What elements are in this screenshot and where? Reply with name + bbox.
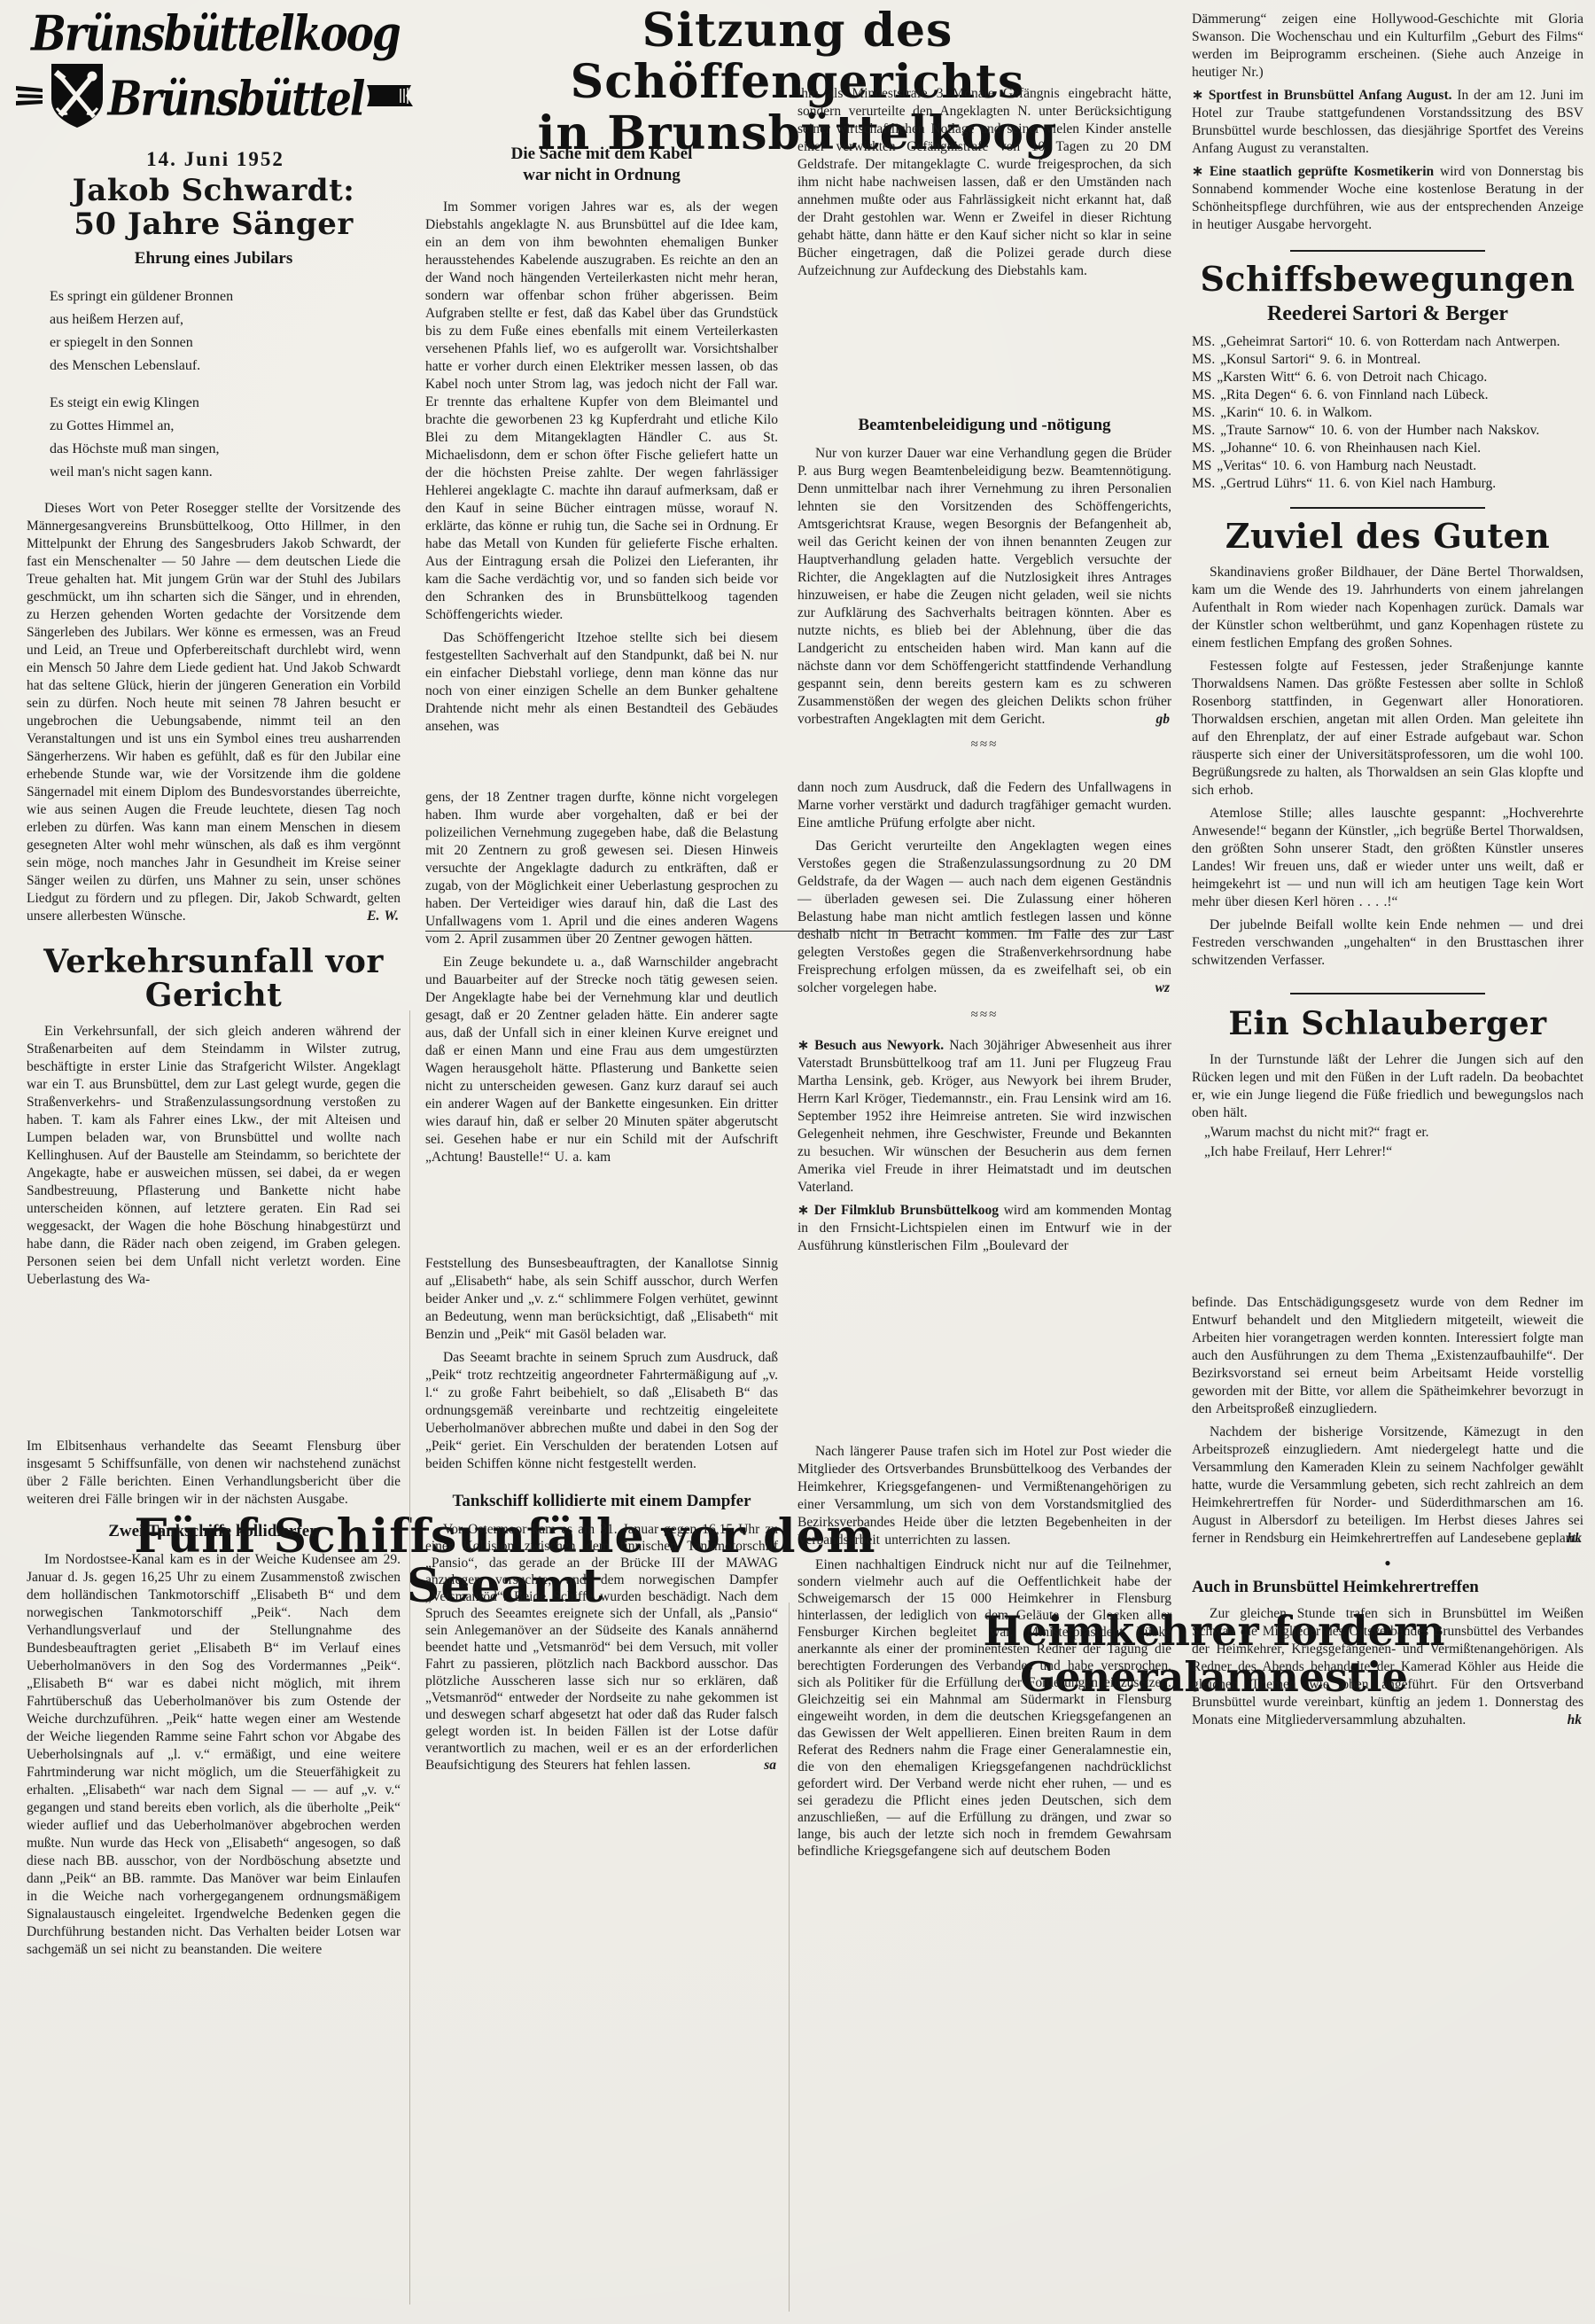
news-item-lead: Sportfest in Brunsbüttel Anfang August. [1209, 88, 1457, 103]
ship-movement-entry: MS „Veritas“ 10. 6. von Hamburg nach Neu… [1192, 457, 1583, 475]
column-rule [789, 1603, 790, 2312]
paragraph: Dämmerung“ zeigen eine Hollywood-Geschic… [1192, 11, 1583, 82]
masthead-title-line1: Brünsbüttelkoog [25, 9, 406, 60]
dialog-line: „Ich habe Freilauf, Herr Lehrer!“ [1192, 1143, 1583, 1161]
news-item: ∗ Sportfest in Brunsbüttel Anfang August… [1192, 87, 1583, 158]
author-initials: gb [1139, 711, 1171, 729]
masthead: Brünsbüttelkoog Brünsbüttel [25, 12, 406, 171]
news-item: ∗ Der Filmklub Brunsbüttelkoog wird am k… [797, 1202, 1171, 1255]
paragraph: Atemlose Stille; alles lauschte gespannt… [1192, 805, 1583, 911]
paragraph: Das Schöffengericht Itzehoe stellte sich… [425, 629, 778, 736]
paragraph: Vor Ostermoor kam es am 31. Januar gegen… [425, 1521, 778, 1774]
paragraph: Dieses Wort von Peter Rosegger stellte d… [27, 500, 401, 925]
paragraph: Das Seeamt brachte in seinem Spruch zum … [425, 1349, 778, 1473]
column-rule [409, 1010, 410, 2305]
author-initials: wz [1138, 979, 1170, 997]
paragraph: Zur gleichen Stunde trafen sich in Bruns… [1192, 1605, 1583, 1729]
paragraph: Der jubelnde Beifall wollte kein Ende ne… [1192, 916, 1583, 970]
ship-movement-entry: MS. „Konsul Sartori“ 9. 6. in Montreal. [1192, 351, 1583, 369]
sub-headline: Reederei Sartori & Berger [1192, 303, 1583, 324]
paragraph: Im Elbitsenhaus verhandelte das Seeamt F… [27, 1438, 401, 1509]
column-3: ihm als Mindeststrafe 3 Monate Gefängnis… [797, 85, 1171, 1860]
section-headline: Jakob Schwardt: 50 Jahre Sänger [27, 174, 401, 241]
sub-headline: Tankschiff kollidierte mit einem Dampfer [425, 1491, 778, 1512]
ship-movement-entry: MS. „Geheimrat Sartori“ 10. 6. von Rotte… [1192, 333, 1583, 351]
star-icon: ∗ [797, 1038, 814, 1053]
ship-movement-entry: MS. „Gertrud Lührs“ 11. 6. von Kiel nach… [1192, 475, 1583, 493]
rule-divider [1192, 250, 1583, 252]
issue-date: 14. Juni 1952 [25, 148, 406, 171]
author-initials: E. W. [349, 908, 399, 925]
rule-divider [1290, 507, 1485, 509]
sub-headline: Ehrung eines Jubilars [27, 248, 401, 269]
star-icon: ∗ [797, 1203, 814, 1218]
sub-headline: Auch in Brunsbüttel Heimkehrertreffen [1192, 1577, 1583, 1598]
newspaper-page: Brünsbüttelkoog Brünsbüttel [0, 0, 1595, 2324]
column-2: Die Sache mit dem Kabel war nicht in Ord… [425, 144, 778, 1774]
sub-headline: Zwei Tankschiffe kollidierten [27, 1521, 401, 1542]
paragraph: Festessen folgte auf Festessen, jeder St… [1192, 658, 1583, 799]
paragraph: Feststellung des Bunsesbeauftragten, der… [425, 1255, 778, 1344]
paragraph: Nach längerer Pause trafen sich im Hotel… [797, 1443, 1171, 1549]
author-initials: hk [1550, 1530, 1582, 1548]
ship-movement-entry: MS. „Johanne“ 10. 6. von Rheinhausen nac… [1192, 440, 1583, 457]
paragraph: gens, der 18 Zentner tragen durfte, könn… [425, 789, 778, 948]
paragraph: Im Nordostsee-Kanal kam es in der Weiche… [27, 1551, 401, 1959]
poem-verse: Es steigt ein ewig Klingen zu Gottes Him… [27, 392, 401, 484]
paragraph: Im Sommer vorigen Jahres war es, als der… [425, 199, 778, 624]
sub-headline: Die Sache mit dem Kabel war nicht in Ord… [425, 144, 778, 186]
section-headline: Zuviel des Guten [1192, 519, 1583, 553]
paragraph: In der Turnstunde läßt der Lehrer die Ju… [1192, 1051, 1583, 1122]
section-headline: Verkehrsunfall vor Gericht [27, 945, 401, 1012]
news-item-lead: Besuch aus Newyork. [814, 1038, 949, 1053]
star-icon: ∗ [1192, 88, 1209, 103]
rule-divider [1290, 250, 1485, 252]
paragraph: Skandinaviens großer Bildhauer, der Däne… [1192, 564, 1583, 652]
section-headline: Schiffsbewegungen [1192, 262, 1583, 296]
paragraph: Ein Zeuge bekundete u. a., daß Warnschil… [425, 954, 778, 1166]
rule-divider [1192, 507, 1583, 509]
news-item-lead: Der Filmklub Brunsbüttelkoog [814, 1203, 1004, 1218]
author-initials: hk [1550, 1712, 1582, 1729]
flag-right-icon [367, 78, 415, 118]
masthead-title-line2: Brünsbüttel [108, 73, 364, 124]
paragraph: Ein Verkehrsunfall, der sich gleich ande… [27, 1023, 401, 1289]
paragraph: befinde. Das Entschädigungsgesetz wurde … [1192, 1294, 1583, 1418]
stripes-left-icon [16, 81, 46, 115]
news-item: ∗ Eine staatlich geprüfte Kosmetikerin w… [1192, 163, 1583, 234]
ship-movement-entry: MS. „Traute Sarnow“ 10. 6. von der Humbe… [1192, 422, 1583, 440]
author-initials: sa [746, 1757, 776, 1774]
town-crest-icon [50, 62, 105, 134]
news-item-lead: Eine staatlich geprüfte Kosmetikerin [1210, 164, 1440, 179]
rule-divider [1192, 993, 1583, 994]
paragraph: dann noch zum Ausdruck, daß die Federn d… [797, 779, 1171, 832]
paragraph: Nur von kurzer Dauer war eine Verhandlun… [797, 445, 1171, 729]
column-4: Dämmerung“ zeigen eine Hollywood-Geschic… [1192, 11, 1583, 1729]
ship-movement-entry: MS. „Karin“ 10. 6. in Walkom. [1192, 404, 1583, 422]
ship-movement-entry: MS „Karsten Witt“ 6. 6. von Detroit nach… [1192, 369, 1583, 386]
ship-movement-entry: MS. „Rita Degen“ 6. 6. von Finnland nach… [1192, 386, 1583, 404]
poem-verse: Es springt ein güldener Bronnen aus heiß… [27, 285, 401, 378]
paragraph: Nachdem der bisherige Vorsitzende, Kämez… [1192, 1423, 1583, 1548]
ornament-divider: ≈≈≈ [797, 737, 1171, 753]
ornament-divider: ≈≈≈ [797, 1008, 1171, 1023]
dot-divider: ● [1192, 1556, 1583, 1570]
paragraph: Einen nachhaltigen Eindruck nicht nur au… [797, 1556, 1171, 1860]
section-headline: Ein Schlauberger [1192, 1007, 1583, 1041]
column-1: Jakob Schwardt: 50 Jahre SängerEhrung ei… [27, 174, 401, 1959]
paragraph: Das Gericht verurteilte den Angeklagten … [797, 838, 1171, 997]
news-item: ∗ Besuch aus Newyork. Nach 30jähriger Ab… [797, 1037, 1171, 1197]
star-icon: ∗ [1192, 164, 1210, 179]
dialog-line: „Warum machst du nicht mit?“ fragt er. [1192, 1124, 1583, 1142]
paragraph: ihm als Mindeststrafe 3 Monate Gefängnis… [797, 85, 1171, 280]
sub-headline: Beamtenbeleidigung und -nötigung [797, 415, 1171, 436]
rule-divider [1290, 993, 1485, 994]
